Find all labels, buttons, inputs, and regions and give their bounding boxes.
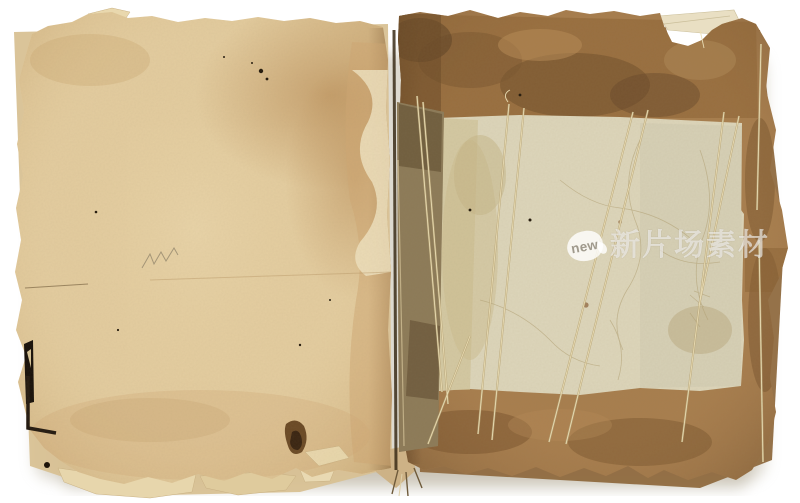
spine-seam: [394, 30, 396, 470]
book-photo: [0, 0, 800, 503]
stock-photo-canvas: new 新片场素材: [0, 0, 800, 503]
